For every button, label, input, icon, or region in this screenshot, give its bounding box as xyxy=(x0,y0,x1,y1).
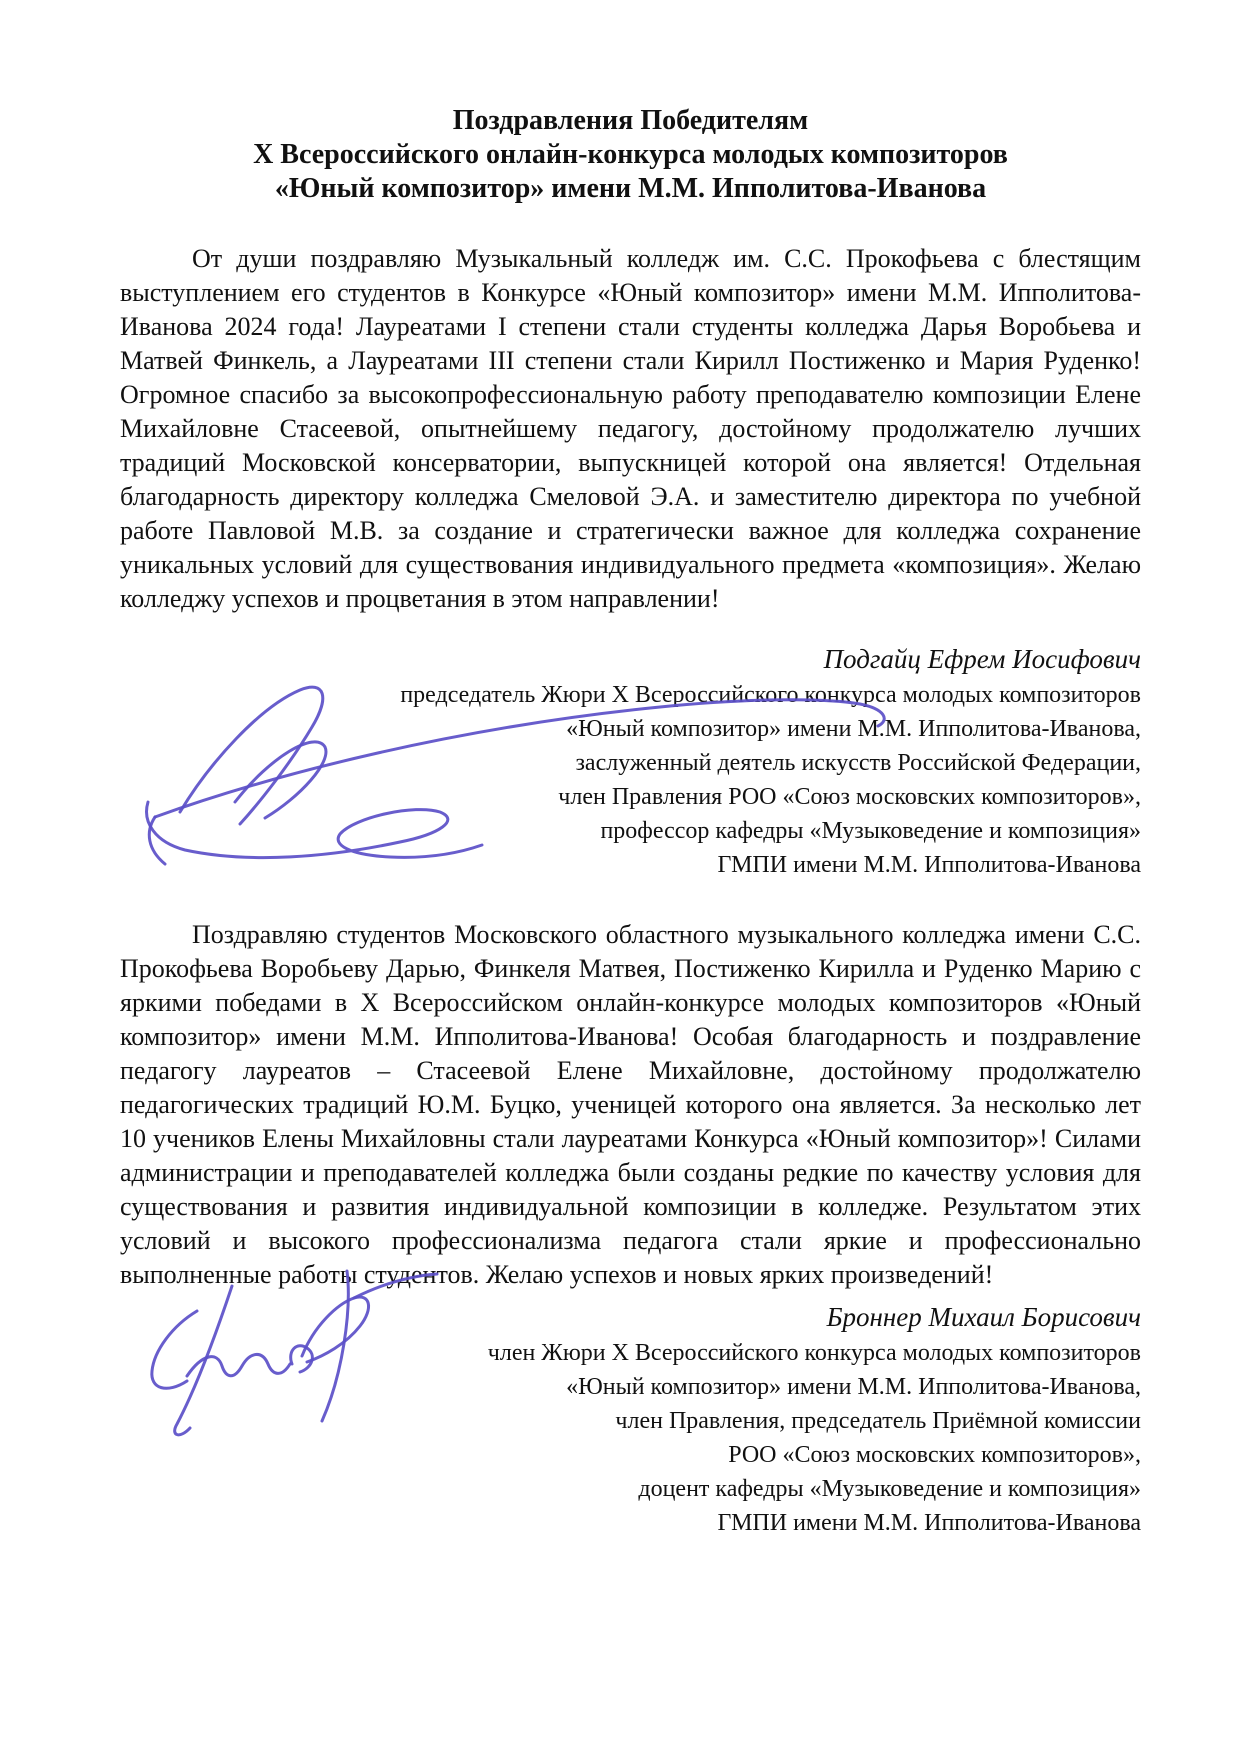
signatory-2-role-5: доцент кафедры «Музыковедение и композиц… xyxy=(120,1472,1141,1506)
signatory-1-name: Подгайц Ефрем Иосифович xyxy=(120,640,1141,678)
signature-block-1: Подгайц Ефрем Иосифович председатель Жюр… xyxy=(120,640,1141,882)
signatory-1-role-3: заслуженный деятель искусств Российской … xyxy=(120,746,1141,780)
letter-2-body: Поздравляю студентов Московского областн… xyxy=(120,918,1141,1292)
letter-1-body: От души поздравляю Музыкальный колледж и… xyxy=(120,242,1141,616)
signatory-1-role-4: член Правления РОО «Союз московских комп… xyxy=(120,780,1141,814)
signatory-1-role-6: ГМПИ имени М.М. Ипполитова-Иванова xyxy=(120,848,1141,882)
signatory-1-role-2: «Юный композитор» имени М.М. Ипполитова-… xyxy=(120,712,1141,746)
signatory-2-role-4: РОО «Союз московских композиторов», xyxy=(120,1438,1141,1472)
letter-page: Поздравления Победителям X Всероссийског… xyxy=(0,0,1241,1754)
signatory-2-role-6: ГМПИ имени М.М. Ипполитова-Иванова xyxy=(120,1506,1141,1540)
title-line-3: «Юный композитор» имени М.М. Ипполитова-… xyxy=(120,172,1141,206)
letter-title: Поздравления Победителям X Всероссийског… xyxy=(120,104,1141,206)
signatory-1-role-1: председатель Жюри X Всероссийского конку… xyxy=(120,678,1141,712)
signatory-2-role-1: член Жюри X Всероссийского конкурса моло… xyxy=(120,1336,1141,1370)
signatory-2-role-2: «Юный композитор» имени М.М. Ипполитова-… xyxy=(120,1370,1141,1404)
signatory-2-name: Броннер Михаил Борисович xyxy=(120,1298,1141,1336)
title-line-1: Поздравления Победителям xyxy=(120,104,1141,138)
title-line-2: X Всероссийского онлайн-конкурса молодых… xyxy=(120,138,1141,172)
signatory-2-role-3: член Правления, председатель Приёмной ко… xyxy=(120,1404,1141,1438)
signature-block-2: Броннер Михаил Борисович член Жюри X Все… xyxy=(120,1298,1141,1540)
signatory-1-role-5: профессор кафедры «Музыковедение и компо… xyxy=(120,814,1141,848)
